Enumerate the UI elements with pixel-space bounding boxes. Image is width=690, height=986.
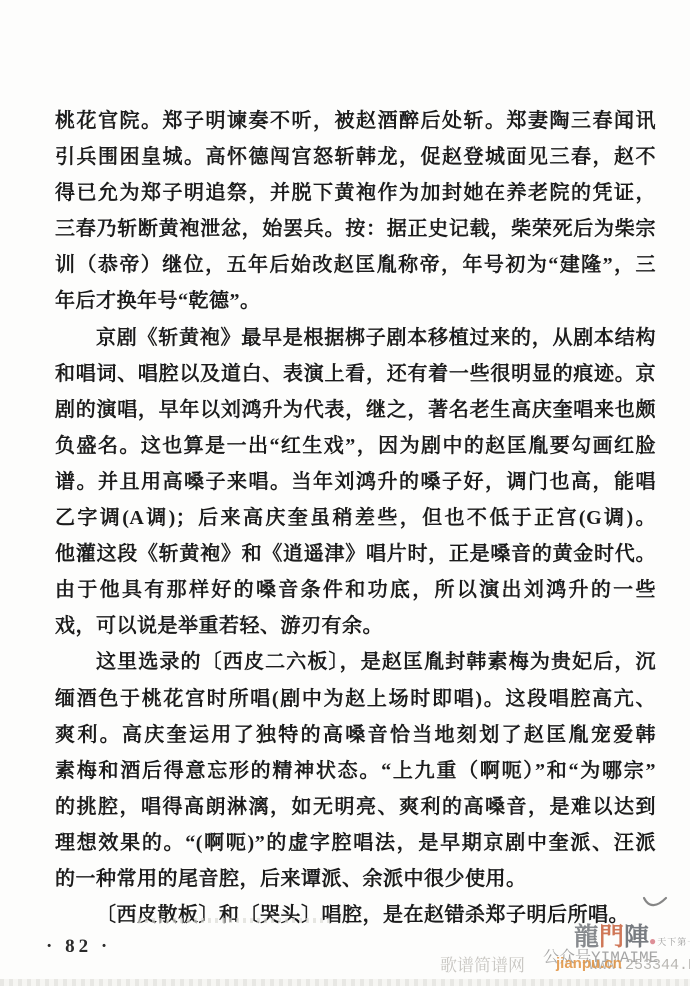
text-line: 和唱词、唱腔以及道白、表演上看，还有着一些很明显的痕迹。京 — [55, 356, 656, 392]
text-line: 剧的演唱，早年以刘鸿升为代表，继之，著名老生高庆奎唱来也颇 — [55, 392, 656, 428]
site-name-watermark: 歌谱简谱网 — [440, 951, 525, 976]
text-line: 引兵围困皇城。高怀德闯宫怒斩韩龙，促赵登城面见三春，赵不 — [55, 139, 656, 175]
text-line: 的挑腔，唱得高朗淋漓，如无明亮、爽利的高嗓音，是难以达到 — [55, 789, 656, 825]
text-line: 由于他具有那样好的嗓音条件和功底，所以演出刘鸿升的一些 — [55, 572, 656, 608]
text-line: 京剧《斩黄袍》最早是根据梆子剧本移植过来的，从剧本结构 — [55, 320, 656, 356]
book-page-scan: 桃花官院。郑子明谏奏不听，被赵酒醉后处斩。郑妻陶三春闻讯 引兵围困皇城。高怀德闯… — [0, 0, 690, 986]
handwritten-check-icon — [641, 892, 669, 912]
text-line: 〔西皮散板〕和〔哭头〕唱腔，是在赵错杀郑子明后所唱。 — [55, 897, 656, 933]
text-line: 负盛名。这也算是一出“红生戏”，因为剧中的赵匡胤要勾画红脸 — [55, 428, 656, 464]
text-line: 缅酒色于桃花宫时所唱(剧中为赵上场时即唱)。这段唱腔高亢、 — [55, 681, 656, 717]
body-text: 桃花官院。郑子明谏奏不听，被赵酒醉后处斩。郑妻陶三春闻讯 引兵围困皇城。高怀德闯… — [55, 103, 656, 933]
jianpu-url-watermark: jianpu.cn — [556, 955, 622, 972]
text-line: 素梅和酒后得意忘形的精神状态。“上九重（啊呃）”和“为哪宗” — [55, 753, 656, 789]
text-line: 谱。并且用高嗓子来唱。当年刘鸿升的嗓子好，调门也高，能唱 — [55, 464, 656, 500]
scan-noise-band — [138, 918, 334, 923]
text-line: 理想效果的。“(啊呃)”的虚字腔唱法，是早期京剧中奎派、汪派 — [55, 825, 656, 861]
page-number: · 82 · — [46, 936, 111, 958]
text-line: 三春乃斩断黄袍泄忿，始罢兵。按：据正史记载，柴荣死后为柴宗 — [55, 211, 656, 247]
text-line: 爽利。高庆奎运用了独特的高嗓音恰当地刻划了赵匡胤宠爱韩 — [55, 717, 656, 753]
text-line: 得已允为郑子明追祭，并脱下黄袍作为加封她在养老院的凭证， — [55, 175, 656, 211]
text-line: 这里选录的〔西皮二六板〕，是赵匡胤封韩素梅为贵妃后，沉 — [55, 644, 656, 680]
text-line: 年后才换年号“乾德”。 — [55, 283, 656, 319]
text-line: 戏，可以说是举重若轻、游刃有余。 — [55, 608, 656, 644]
text-line: 训（恭帝）继位，五年后始改赵匡胤称帝，年号初为“建隆”，三 — [55, 247, 656, 283]
scan-noise-bottom-edge — [0, 979, 690, 986]
text-line: 他灌这段《斩黄袍》和《逍遥津》唱片时，正是嗓音的黄金时代。 — [55, 536, 656, 572]
text-line: 桃花官院。郑子明谏奏不听，被赵酒醉后处斩。郑妻陶三春闻讯 — [55, 103, 656, 139]
text-line: 的一种常用的尾音腔，后来谭派、余派中很少使用。 — [55, 861, 656, 897]
stamp-tagline-text: 天下第一味 — [657, 937, 690, 947]
text-line: 乙字调(A调)；后来高庆奎虽稍差些，但也不低于正宫(G调)。 — [55, 500, 656, 536]
